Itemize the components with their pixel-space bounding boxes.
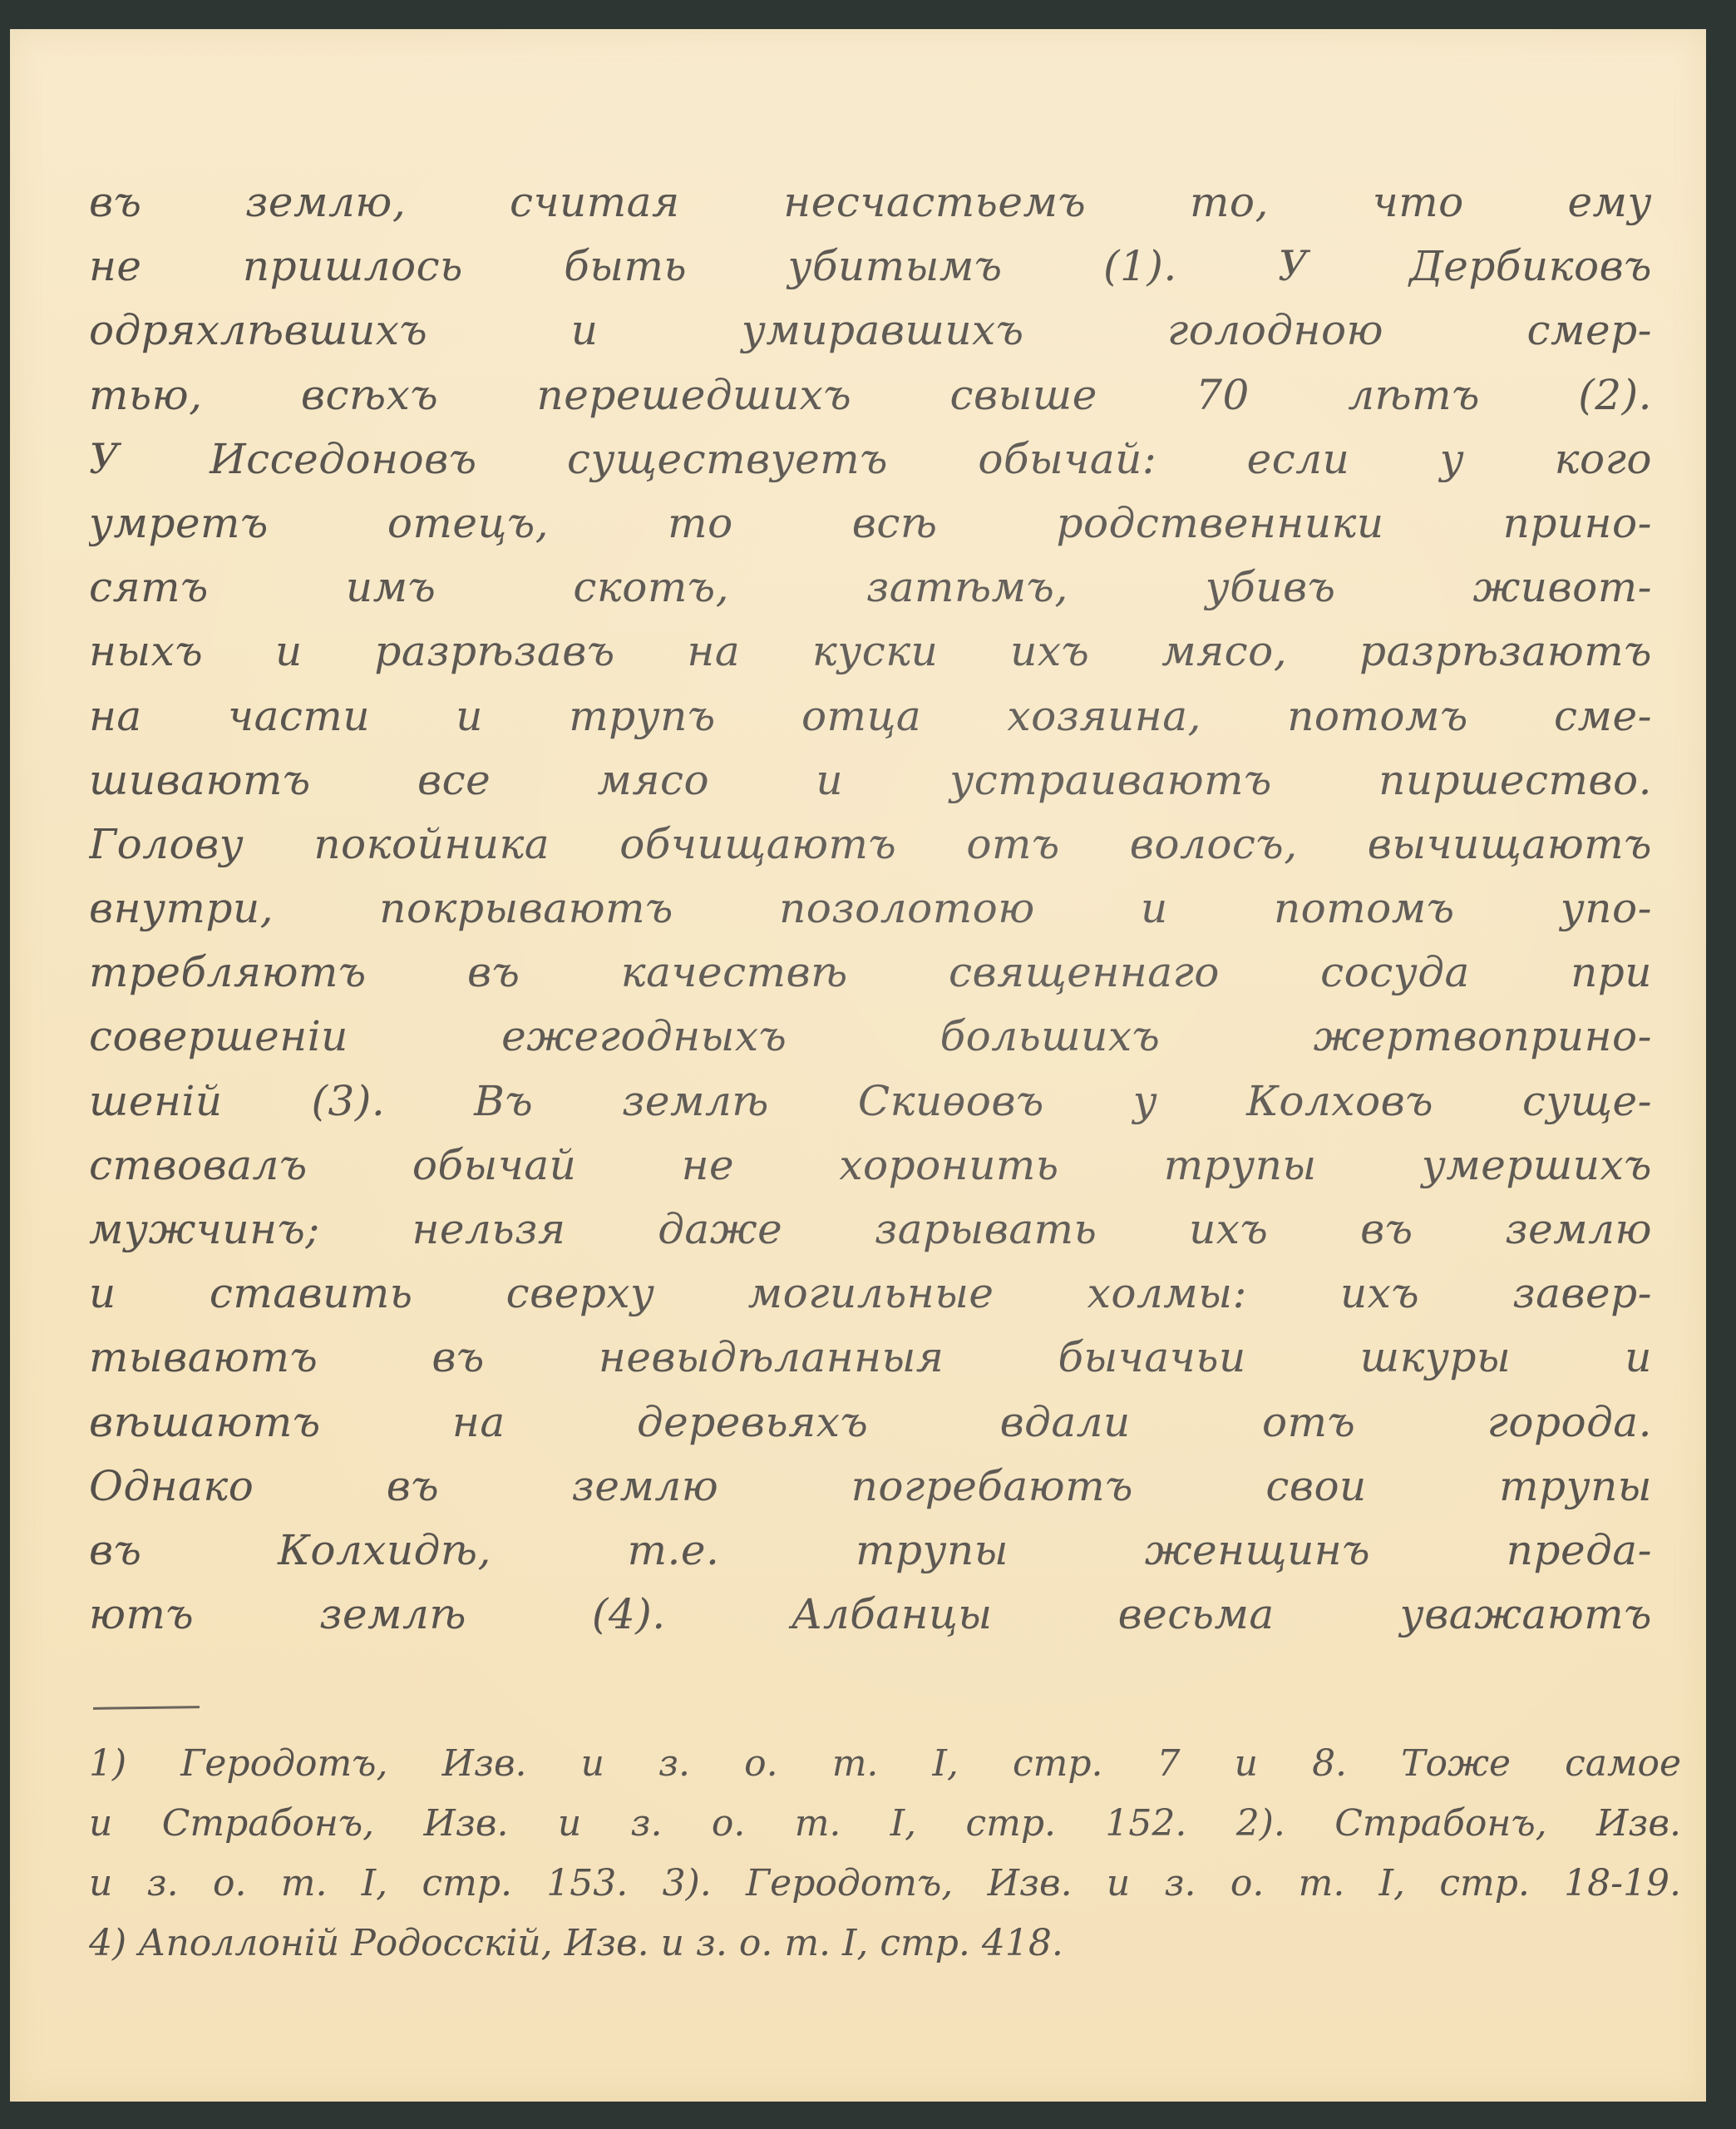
text-line: въ землю, считая несчастьемъ то, что ему — [89, 170, 1652, 235]
text-line: и ставить сверху могильные холмы: ихъ за… — [89, 1262, 1652, 1326]
text-line: вѣшаютъ на деревьяхъ вдали отъ города. — [89, 1391, 1652, 1455]
text-line: внутри, покрываютъ позолотою и потомъ уп… — [89, 877, 1652, 941]
text-line: требляютъ въ качествѣ священнаго сосуда … — [89, 941, 1652, 1005]
text-line: Голову покойника обчищаютъ отъ волосъ, в… — [89, 813, 1652, 877]
text-line: шеній (3). Въ землѣ Скиѳовъ у Колховъ су… — [89, 1069, 1652, 1134]
text-line: въ Колхидѣ, т.е. трупы женщинъ преда- — [89, 1519, 1652, 1583]
text-line: одряхлѣвшихъ и умиравшихъ голодною смер- — [89, 299, 1652, 363]
text-line: У Исседоновъ существуетъ обычай: если у … — [89, 427, 1652, 491]
body-text: въ землю, считая несчастьемъ то, что ему… — [89, 170, 1652, 1647]
text-line: умретъ отецъ, то всѣ родственники прино- — [89, 491, 1652, 556]
footnote-line: и з. о. т. I, стр. 153. 3). Геродотъ, Из… — [89, 1854, 1681, 1914]
text-line: тываютъ въ невыдѣланныя бычачьи шкуры и — [89, 1326, 1652, 1390]
text-line: Однако въ землю погребаютъ свои трупы — [89, 1455, 1652, 1519]
text-line: ствовалъ обычай не хоронить трупы умерши… — [89, 1134, 1652, 1198]
footnote-line: 4) Аполлоній Родосскій, Изв. и з. о. т. … — [89, 1914, 1719, 1973]
text-line: тью, всѣхъ перешедшихъ свыше 70 лѣтъ (2)… — [89, 363, 1652, 427]
text-line: не пришлось быть убитымъ (1). У Дербиков… — [89, 235, 1652, 299]
text-line: мужчинъ; нельзя даже зарывать ихъ въ зем… — [89, 1198, 1652, 1262]
text-line: на части и трупъ отца хозяина, потомъ см… — [89, 684, 1652, 748]
footnote-line: и Страбонъ, Изв. и з. о. т. I, стр. 152.… — [89, 1794, 1681, 1854]
text-line: шиваютъ все мясо и устраиваютъ пиршество… — [89, 748, 1652, 813]
footnote-separator — [93, 1706, 200, 1710]
manuscript-page: въ землю, считая несчастьемъ то, что ему… — [10, 29, 1706, 2102]
text-line: ютъ землѣ (4). Албанцы весьма уважаютъ — [89, 1583, 1652, 1647]
footnote-line: 1) Геродотъ, Изв. и з. о. т. I, стр. 7 и… — [89, 1734, 1681, 1794]
footnotes: 1) Геродотъ, Изв. и з. о. т. I, стр. 7 и… — [89, 1734, 1681, 1973]
text-line: сятъ имъ скотъ, затѣмъ, убивъ живот- — [89, 556, 1652, 620]
text-line: ныхъ и разрѣзавъ на куски ихъ мясо, разр… — [89, 620, 1652, 684]
text-line: совершеніи ежегодныхъ большихъ жертвопри… — [89, 1005, 1652, 1069]
